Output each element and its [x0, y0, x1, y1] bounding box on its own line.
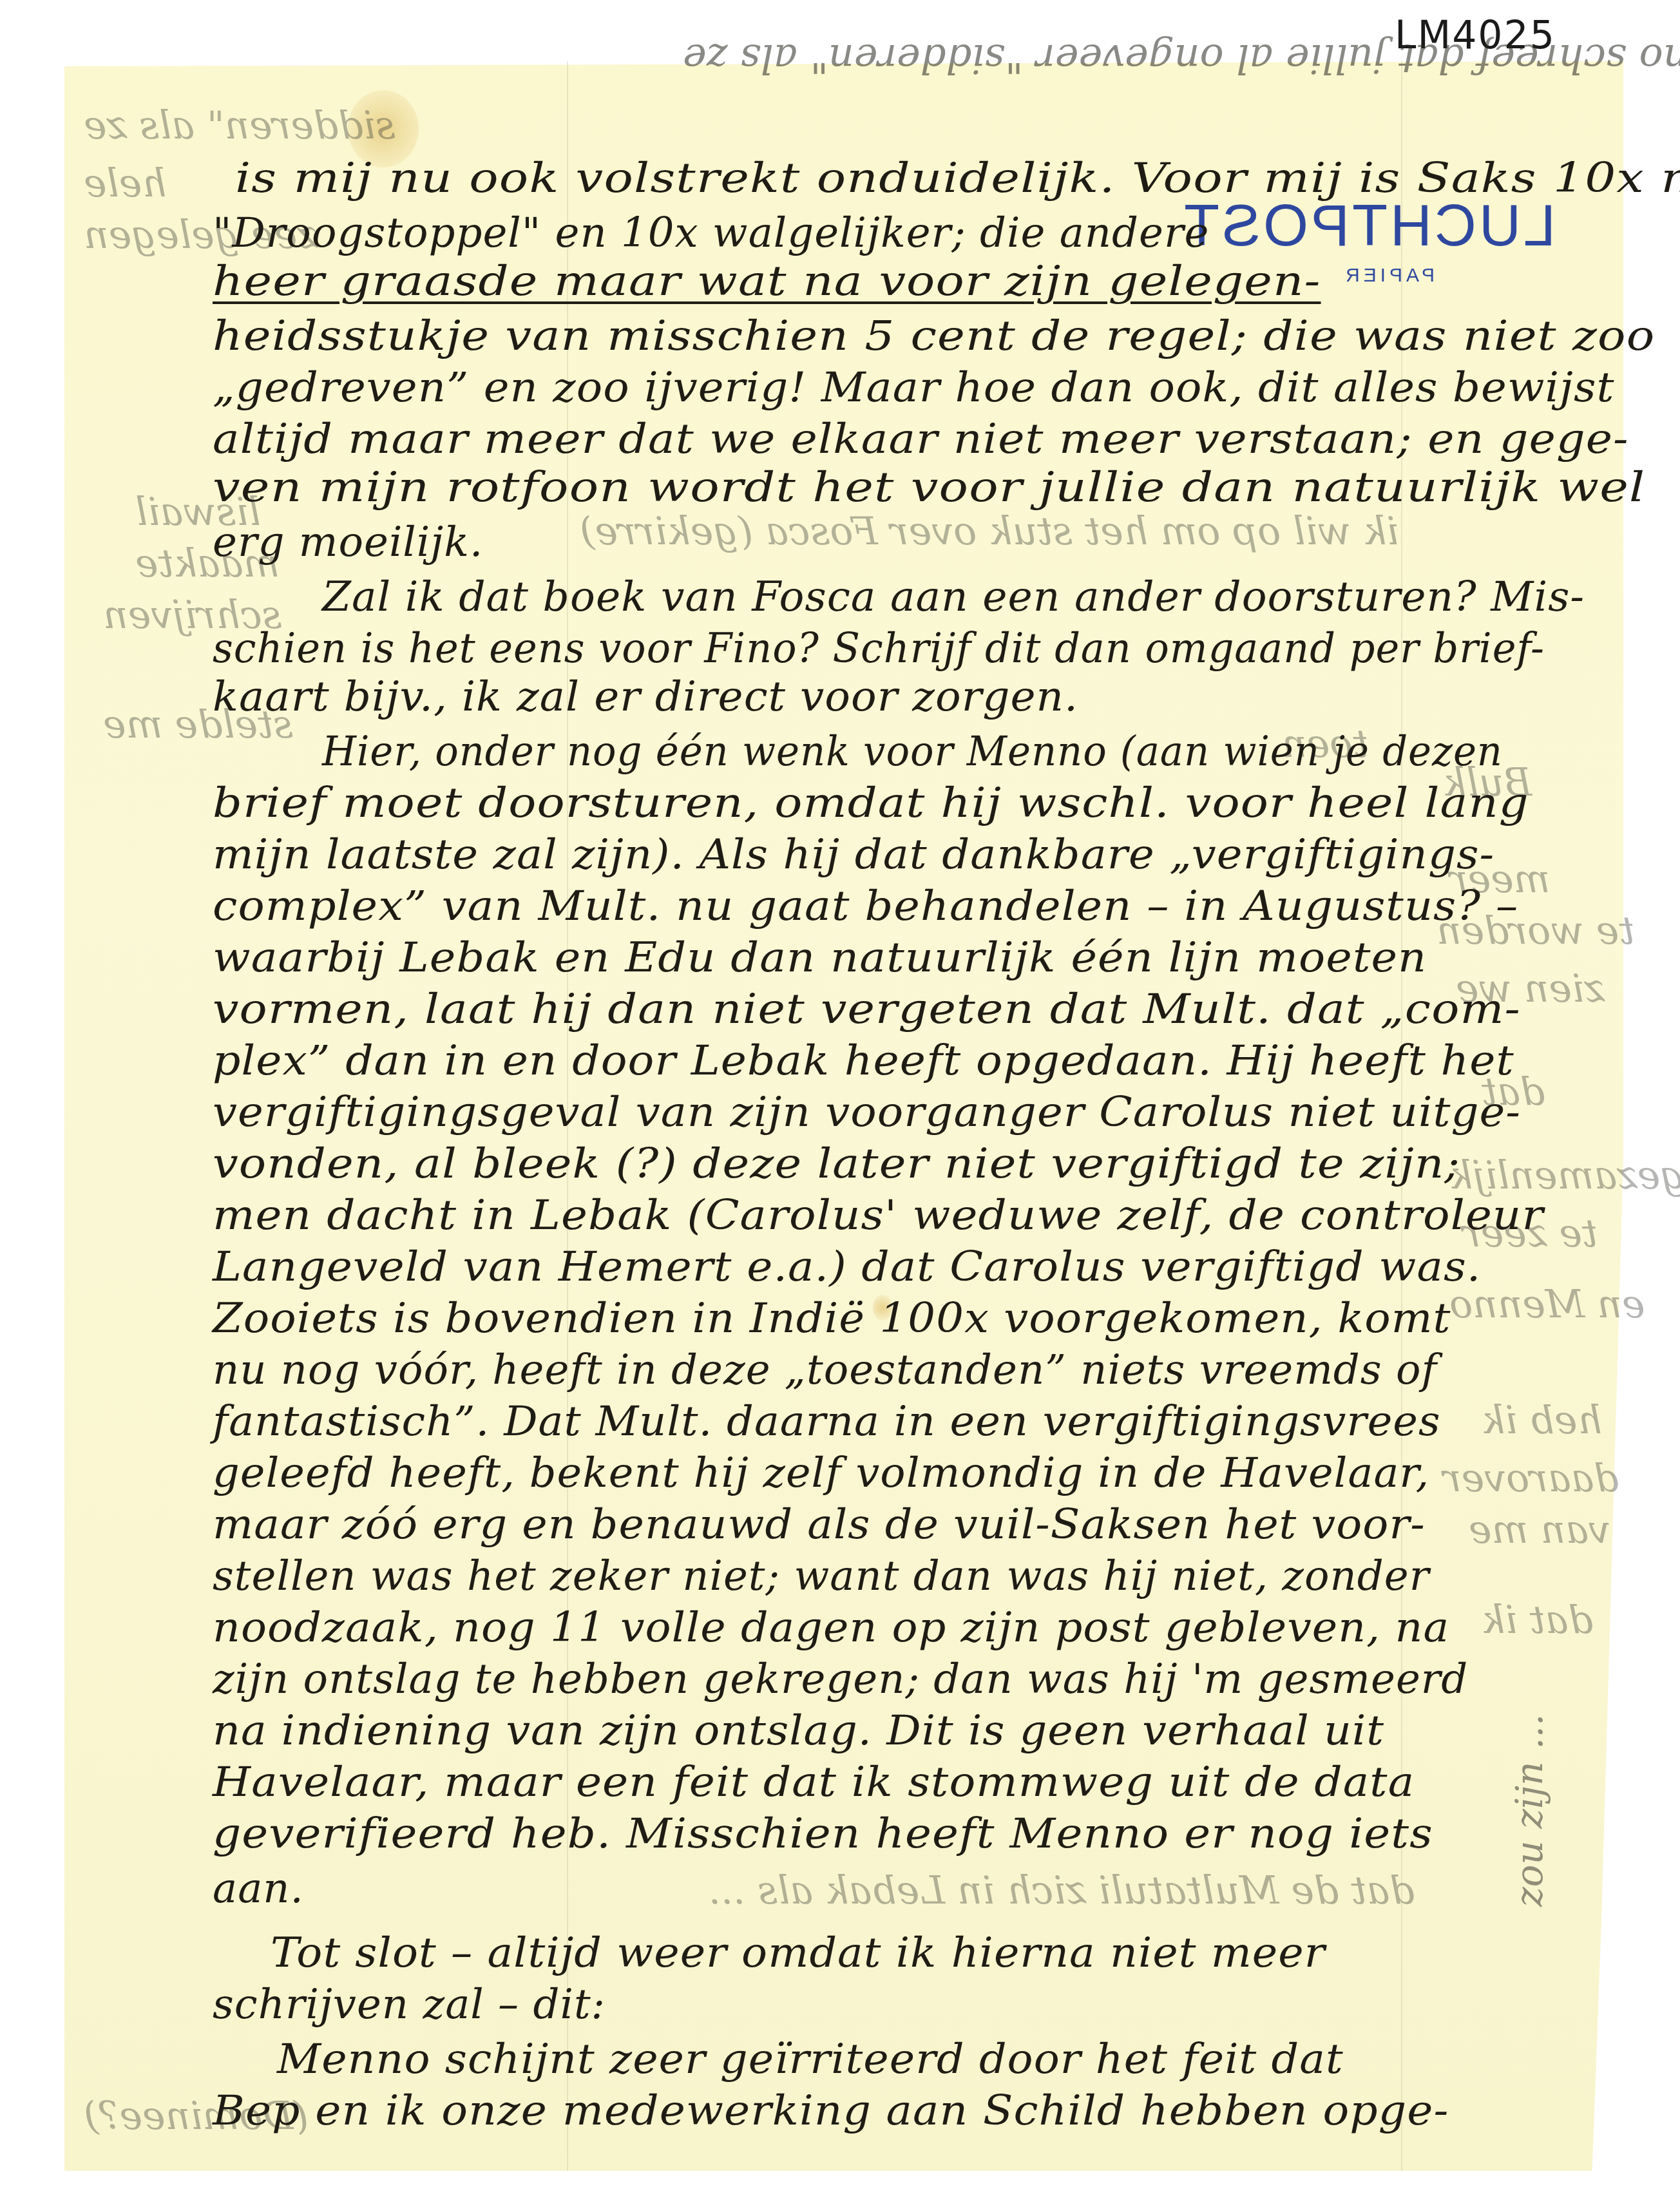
- letter-line: fantastisch”. Dat Mult. daarna in een ve…: [213, 1401, 1441, 1442]
- letter-line: zijn ontslag te hebben gekregen; dan was…: [213, 1659, 1468, 1700]
- letter-line: stellen was het zeker niet; want dan was…: [213, 1556, 1429, 1597]
- bleed-through-text: ik wil op om het stuk over Fosca (gekirr…: [580, 509, 1399, 554]
- letter-line: vergiftigingsgeval van zijn voorganger C…: [213, 1092, 1521, 1133]
- letter-line: Hier, onder nog één wenk voor Menno (aan…: [322, 731, 1503, 772]
- letter-line: Zooiets is bovendien in Indië 100x voorg…: [213, 1298, 1451, 1339]
- letter-line: waarbij Lebak en Edu dan natuurlijk één …: [213, 937, 1427, 979]
- letter-line: complex” van Mult. nu gaat behandelen – …: [213, 886, 1518, 927]
- bleed-through-text: van me: [1469, 1507, 1610, 1552]
- letter-line: kaart bijv., ik zal er direct voor zorge…: [213, 676, 1078, 718]
- letter-line: geleefd heeft, bekent hij zelf volmondig…: [213, 1453, 1429, 1494]
- letter-line: Havelaar, maar een feit dat ik stommweg …: [213, 1762, 1415, 1803]
- letter-line: men dacht in Lebak (Carolus' weduwe zelf…: [213, 1195, 1544, 1236]
- bleed-through-text: dat ik: [1482, 1598, 1593, 1643]
- bleed-through-text: sidderen" als ze: [84, 103, 396, 148]
- letterhead-main: LUCHTPOST: [1221, 193, 1556, 260]
- bleed-through-text: hele: [84, 161, 167, 206]
- letter-line: heer graasde maar wat na voor zijn geleg…: [213, 261, 1321, 302]
- letter-line: erg moeilijk.: [213, 522, 483, 563]
- letter-line: ven mijn rotfoon wordt het voor jullie d…: [213, 467, 1645, 508]
- letter-line: altijd maar meer dat we elkaar niet meer…: [213, 419, 1629, 460]
- letter-line: geverifieerd heb. Misschien heeft Menno …: [213, 1813, 1433, 1855]
- bleed-through-text: daarover: [1443, 1456, 1619, 1501]
- letter-line: nu nog vóór, heeft in deze „toestanden” …: [213, 1350, 1437, 1391]
- letter-line: „gedreven” en zoo ijverig! Maar hoe dan …: [213, 367, 1615, 408]
- letter-line: Bep en ik onze medewerking aan Schild he…: [213, 2090, 1449, 2132]
- letter-line: Menno schijnt zeer geïrriteerd door het …: [277, 2039, 1344, 2080]
- upside-down-note: Noot: Menno schreef dat jullie al ongeve…: [683, 35, 1680, 82]
- letter-line: heidsstukje van misschien 5 cent de rege…: [213, 316, 1655, 357]
- letter-line: is mij nu ook volstrekt onduidelijk. Voo…: [235, 158, 1680, 199]
- letter-line: "Droogstoppel" en 10x walgelijker; die a…: [213, 213, 1209, 254]
- letter-line: maar zóó erg en benauwd als de vuil-Saks…: [213, 1504, 1426, 1545]
- letter-line: mijn laatste zal zijn). Als hij dat dank…: [213, 834, 1494, 875]
- letter-line: Zal ik dat boek van Fosca aan een ander …: [322, 577, 1585, 618]
- letter-line: schien is het eens voor Fino? Schrijf di…: [213, 628, 1545, 669]
- bleed-through-text: heb ik: [1482, 1398, 1602, 1443]
- letter-line: Tot slot – altijd weer omdat ik hierna n…: [271, 1933, 1326, 1974]
- letter-line: noodzaak, nog 11 volle dagen op zijn pos…: [213, 1607, 1449, 1648]
- bleed-through-text: dat de Multatuli zich in Lebak als ...: [709, 1868, 1415, 1913]
- letter-line: vonden, al bleek (?) deze later niet ver…: [213, 1143, 1460, 1185]
- right-margin-note: zou zijn ...: [1507, 1714, 1551, 1907]
- letter-line: vormen, laat hij dan niet vergeten dat M…: [213, 989, 1521, 1030]
- letter-line: Langeveld van Hemert e.a.) dat Carolus v…: [213, 1246, 1481, 1288]
- letter-line: schrijven zal – dit:: [213, 1984, 606, 2025]
- letter-line: na indiening van zijn ontslag. Dit is ge…: [213, 1710, 1384, 1752]
- letter-line: plex” dan in en door Lebak heeft opgedaa…: [213, 1040, 1514, 1082]
- letter-line: aan.: [213, 1868, 304, 1909]
- letter-line: brief moet doorsturen, omdat hij wschl. …: [213, 783, 1529, 824]
